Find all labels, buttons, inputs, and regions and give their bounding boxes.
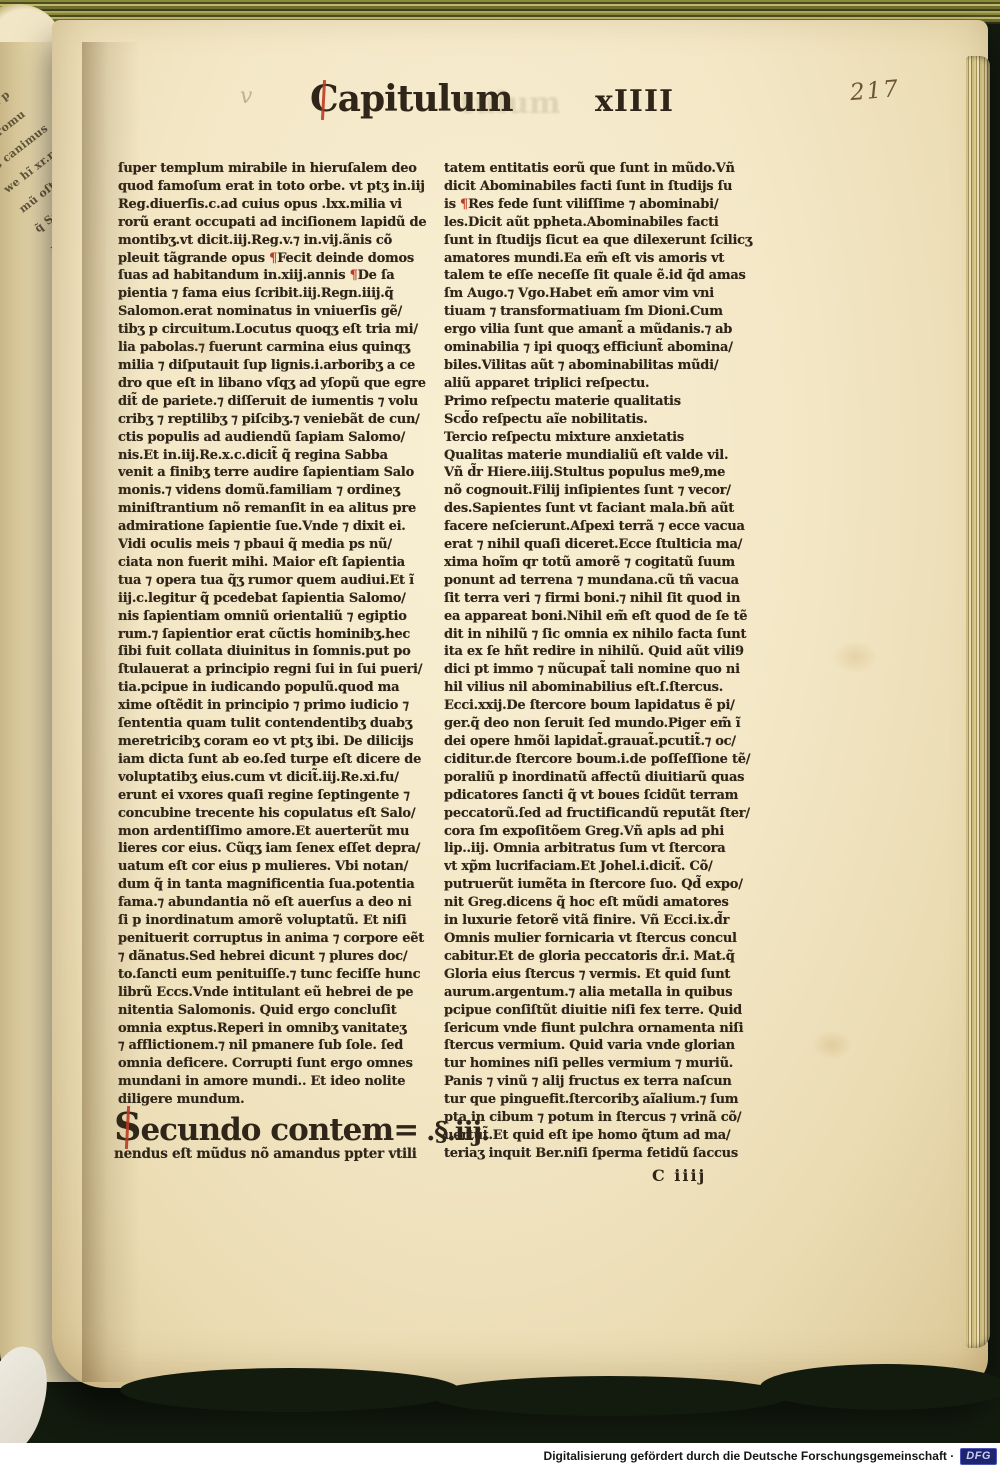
text-line: erunt ei vxores quaſi regine ſeptingente… xyxy=(118,787,458,805)
text-line: Reg.diuerſis.c.ad cuius opus .lxx.milia … xyxy=(118,196,458,214)
text-line: ctis populis ad audiendũ ſapiam Salomo/ xyxy=(118,429,458,447)
section-first-line: nendus eſt mũdus nõ amandus ppter vtili xyxy=(114,1146,417,1162)
text-line: iam dicta ſunt ab eo.ſed turpe eſt dicer… xyxy=(118,751,458,769)
text-line: Vidi oculis meis ⁊ pbaui q̃ media ps nũ/ xyxy=(118,536,458,554)
scanned-book-photo: { "header": { "title_initial": "C", "tit… xyxy=(0,0,1000,1469)
text-line: dum q̃ in tanta magnificentia ſua.potent… xyxy=(118,876,458,894)
text-line: peccatorũ.ſed ad fructificandũ reputãt ſ… xyxy=(444,805,772,823)
text-line: cora ſm expoſitõem Greg.Vñ apls ad phi xyxy=(444,823,772,841)
text-line: omnia exptus.Reperi in omnibʒ vanitateʒ xyxy=(118,1020,458,1038)
page-bottom-shadow xyxy=(120,1368,460,1412)
text-line: Scd̃o reſpectu aĩe nobilitatis. xyxy=(444,411,772,429)
chapter-numeral: xIIII xyxy=(595,84,674,119)
text-line: ponunt ad terrena ⁊ mundana.cũ tñ vacua xyxy=(444,572,772,590)
text-line: ſtercus vermium. Quid varia vnde glorian xyxy=(444,1037,772,1055)
text-line: facere neſcierunt.Aſpexi terrã ⁊ ecce va… xyxy=(444,518,772,536)
text-line: omnia deficere. Corrupti ſunt ergo omnes xyxy=(118,1055,458,1073)
text-line: talem te eſſe neceſſe ſit quale ẽ.id q̃d… xyxy=(444,267,772,285)
text-line: ſit terra veri ⁊ firmi boni.⁊ nihil ſit … xyxy=(444,590,772,608)
text-line: tibʒ p circuitum.Locutus quoqʒ eſt tria … xyxy=(118,321,458,339)
text-line: venit a finibʒ terre audire ſapientiam S… xyxy=(118,464,458,482)
text-line: Vñ d̃r Hiere.iiij.Stultus populus me9,me xyxy=(444,464,772,482)
text-line: aurum.argentum.⁊ alia metalla in quibus xyxy=(444,984,772,1002)
text-line: tur que pinguefit.ſtercoribʒ aĩalium.⁊ ſ… xyxy=(444,1091,772,1109)
handwritten-folio-number: 217 xyxy=(849,76,901,106)
text-line: voluptatibʒ eius.cum vt dicit̃.iij.Re.xi… xyxy=(118,769,458,787)
text-line: putruerũt iumẽta in ſtercore ſuo. Qd̃ ex… xyxy=(444,876,772,894)
text-line: pcipue conſiſtũt diuitie niſi fex terre.… xyxy=(444,1002,772,1020)
paper-stain xyxy=(832,640,878,674)
page-bottom-shadow xyxy=(760,1364,1000,1410)
text-line: Ecci.xxij.De ſtercore boum lapidatus ẽ p… xyxy=(444,697,772,715)
text-line: nit Greg.dicens q̃ hoc eſt mũdi amatores xyxy=(444,894,772,912)
text-line: rum.⁊ ſapientior erat cũctis hominibʒ.he… xyxy=(118,626,458,644)
paper-stain xyxy=(812,1030,852,1060)
text-line: ſibi fuit collata diuinitus in ſomnis.pu… xyxy=(118,643,458,661)
text-line: des.Sapientes ſunt vt faciant mala.bñ aũ… xyxy=(444,500,772,518)
text-line: mundani in amore mundi.. Et ideo nolite xyxy=(118,1073,458,1091)
quire-signature: C iiij xyxy=(652,1166,706,1185)
page-bottom-shadow xyxy=(430,1376,790,1416)
text-line: ciata non fuerit mihi. Maior eſt ſapient… xyxy=(118,554,458,572)
text-line: ſuas ad habitandum in.xiij.annis ¶De ſa xyxy=(118,267,458,285)
text-line: Gloria eius ſtercus ⁊ vermis. Et quid ſu… xyxy=(444,966,772,984)
text-line: xime oſtẽdit in principio ⁊ primo iudici… xyxy=(118,697,458,715)
text-line: dici pt immo ⁊ nũcupat̃ tali nomine quo … xyxy=(444,661,772,679)
text-line: amatores mundi.Ea em̃ eſt vis amoris vt xyxy=(444,250,772,268)
text-line: Omnis mulier fornicaria vt ſtercus concu… xyxy=(444,930,772,948)
text-line: ſm Augo.⁊ Vgo.Habet em̃ amor vim vni xyxy=(444,285,772,303)
digitization-credit: Digitalisierung gefördert durch die Deut… xyxy=(544,1449,955,1463)
text-line: ſuper templum mirabile in hieruſalem deo xyxy=(118,160,458,178)
text-line: ergo vilia ſunt que amant̃ a mũdanis.⁊ a… xyxy=(444,321,772,339)
text-line: pdicatores ſancti q̃ vt boues ſcidũt ter… xyxy=(444,787,772,805)
text-line: milia ⁊ diſputauit ſup lignis.i.arboribʒ… xyxy=(118,357,458,375)
text-line: in luxurie fetorẽ vitã finire. Vñ Ecci.i… xyxy=(444,912,772,930)
text-line: pientia ⁊ fama eius ſcribit.iij.Regn.iii… xyxy=(118,285,458,303)
text-line: nitentia Salomonis. Quid ergo concluſit xyxy=(118,1002,458,1020)
digitization-footer: Digitalisierung gefördert durch die Deut… xyxy=(0,1443,1000,1469)
text-line: pta in cibum ⁊ potum in ſtercus ⁊ vrinã … xyxy=(444,1109,772,1127)
text-line: teriaʒ inquit Ber.niſi ſperma fetidũ ſac… xyxy=(444,1145,772,1163)
text-line: tua ⁊ opera tua q̃ʒ rumor quem audiui.Et… xyxy=(118,572,458,590)
pilcrow-rubric: ¶ xyxy=(460,197,468,212)
show-through-mark: v xyxy=(240,84,252,109)
text-line: ſunt in ſtudijs ſicut ea que dilexerunt … xyxy=(444,232,772,250)
text-line: monis.⁊ videns domũ.familiam ⁊ ordineʒ xyxy=(118,482,458,500)
text-line: montibʒ.vt dicit.iij.Reg.v.⁊ in.vij.ãnis… xyxy=(118,232,458,250)
text-line: vt xp̃m lucrifaciam.Et Johel.i.dicit̃. C… xyxy=(444,858,772,876)
text-line: les.Dicit aũt ppheta.Abominabiles facti xyxy=(444,214,772,232)
section-number: .§.iij. xyxy=(426,1117,489,1147)
text-line: quod famoſum erat in toto orbe. vt ptʒ i… xyxy=(118,178,458,196)
text-line: ita ex ſe hñt redire in nihilũ. Quid aũt… xyxy=(444,643,772,661)
text-line: mon ardentiſſimo amore.Et auerterũt mu xyxy=(118,823,458,841)
book-fore-edge-pages xyxy=(966,56,990,1348)
book-page: v Capitulum tulum xIIII 217 ſuper templu… xyxy=(52,20,988,1388)
text-line: ominabilia ⁊ ipi quoqʒ efficiunt̃ abomin… xyxy=(444,339,772,357)
text-line: poraliũ p inordinatũ affectũ diuitiarũ q… xyxy=(444,769,772,787)
text-line: lia pabolas.⁊ fuerunt carmina eius quinq… xyxy=(118,339,458,357)
text-line: uatum eſt cor eius p mulieres. Vbi notan… xyxy=(118,858,458,876)
text-line: dei opere hmõi lapidat̃.grauat̃.pcutit̃.… xyxy=(444,733,772,751)
text-line: concubine trecente his copulatus eſt Sal… xyxy=(118,805,458,823)
text-line: librũ Eccs.Vnde intitulant eũ hebrei de … xyxy=(118,984,458,1002)
text-line: pleuit tãgrande opus ¶Fecit deinde domos xyxy=(118,250,458,268)
text-line: tur homines niſi pelles vermium ⁊ muriũ. xyxy=(444,1055,772,1073)
text-line: ſi p inordinatum amorẽ voluptatũ. Et niſ… xyxy=(118,912,458,930)
text-line: erat ⁊ nihil quaſi diceret.Ecce ſtultici… xyxy=(444,536,772,554)
text-line: biles.Vilitas aũt ⁊ abominabilitas mũdi/ xyxy=(444,357,772,375)
text-line: Qualitas materie mundialiũ eſt valde vil… xyxy=(444,447,772,465)
rubricated-initial: S xyxy=(114,1104,140,1149)
text-line: cabitur.Et de gloria peccatoris d̃r.i. M… xyxy=(444,948,772,966)
text-line: aliũ apparet triplici reſpectu. xyxy=(444,375,772,393)
text-line: ciditur.de ſtercore boum.i.de poſſeſſion… xyxy=(444,751,772,769)
text-line: Panis ⁊ vinũ ⁊ alij fructus ex terra naſ… xyxy=(444,1073,772,1091)
text-line: ſtulauerat a principio regni ſui in ſui … xyxy=(118,661,458,679)
text-line: nis.Et in.iij.Re.x.c.dicit̃ q̃ regina Sa… xyxy=(118,447,458,465)
text-line: uertũt̃.Et quid eſt ipe homo q̃tum ad ma… xyxy=(444,1127,772,1145)
pilcrow-rubric: ¶ xyxy=(350,268,358,283)
text-line: ſericum vnde fiunt pulchra ornamenta niſ… xyxy=(444,1020,772,1038)
section-heading: Secundo contem=.§.iij. xyxy=(114,1104,480,1149)
text-line: rorũ erant occupati ad inciſionem lapidũ… xyxy=(118,214,458,232)
text-line: lieres cor eius. Cũqʒ iam ſenex eſſet de… xyxy=(118,840,458,858)
text-line: ger.q̃ deo non ſeruit ſed mundo.Piger em… xyxy=(444,715,772,733)
text-line: cribʒ ⁊ reptilibʒ ⁊ piſcibʒ.⁊ veniebãt d… xyxy=(118,411,458,429)
text-line: nõ cognouit.Filij inſipientes ſunt ⁊ vec… xyxy=(444,482,772,500)
text-line: Salomon.erat nominatus in vniuerſis gẽ/ xyxy=(118,303,458,321)
text-line: Tercio reſpectu mixture anxietatis xyxy=(444,429,772,447)
dfg-logo: DFG xyxy=(960,1448,997,1465)
text-column-left: ſuper templum mirabile in hieruſalem deo… xyxy=(118,160,458,1110)
text-line: dro que eſt in libano vſqʒ ad yſopũ que … xyxy=(118,375,458,393)
text-line: ⁊ dãnatus.Sed hebrei dicunt ⁊ plures doc… xyxy=(118,948,458,966)
text-line: iij.c.legitur q̃ pcedebat ſapientia Salo… xyxy=(118,590,458,608)
text-line: miniſtrantium nõ remanſit in ea alitus p… xyxy=(118,500,458,518)
pilcrow-rubric: ¶ xyxy=(269,251,277,266)
text-line: nis ſapientiam omniũ orientaliũ ⁊ egipti… xyxy=(118,608,458,626)
text-line: is ¶Res fede ſunt viliſſime ⁊ abominabi/ xyxy=(444,196,772,214)
text-line: meretricibʒ coram eo vt ptʒ ibi. De dili… xyxy=(118,733,458,751)
text-line: dit in nihilũ ⁊ ſic omnia ex nihilo fact… xyxy=(444,626,772,644)
text-line: ea appareat boni.Nihil em̃ eſt quod de ſ… xyxy=(444,608,772,626)
text-line: Primo reſpectu materie qualitatis xyxy=(444,393,772,411)
text-line: tatem entitatis eorũ que ſunt in mũdo.Vñ xyxy=(444,160,772,178)
text-line: lip..iij. Omnia arbitratus ſum vt ſterco… xyxy=(444,840,772,858)
text-line: penituerit corruptus in anima ⁊ corpore … xyxy=(118,930,458,948)
text-line: admiratione ſapientie ſue.Vnde ⁊ dixit e… xyxy=(118,518,458,536)
text-line: tia.pcipue in iudicando populũ.quod ma xyxy=(118,679,458,697)
text-line: fama.⁊ abundantia nõ eſt auerſus a deo n… xyxy=(118,894,458,912)
text-line: dicit Abominabiles facti ſunt in ſtudijs… xyxy=(444,178,772,196)
rubricated-initial: C xyxy=(310,78,338,120)
text-line: ſententia quam tulit contendentibʒ duabʒ xyxy=(118,715,458,733)
text-line: ⁊ afflictionem.⁊ nil pmanere ſub ſole. ſ… xyxy=(118,1037,458,1055)
text-line: xima hoĩm qr totũ amorẽ ⁊ cogitatũ ſuum xyxy=(444,554,772,572)
show-through-text: tulum xyxy=(460,86,561,121)
text-line: to.ſancti eum penituiſſe.⁊ tunc feciſſe … xyxy=(118,966,458,984)
text-line: hil vilius nil abominabilius eſt.ſ.ſterc… xyxy=(444,679,772,697)
text-line: tiuam ⁊ transformatiuam ſm Dioni.Cum xyxy=(444,303,772,321)
section-heading-text: ecundo contem= xyxy=(140,1112,418,1148)
text-line: dit̃ de pariete.⁊ diſſeruit de iumentis … xyxy=(118,393,458,411)
text-column-right: tatem entitatis eorũ que ſunt in mũdo.Vñ… xyxy=(444,160,772,1170)
